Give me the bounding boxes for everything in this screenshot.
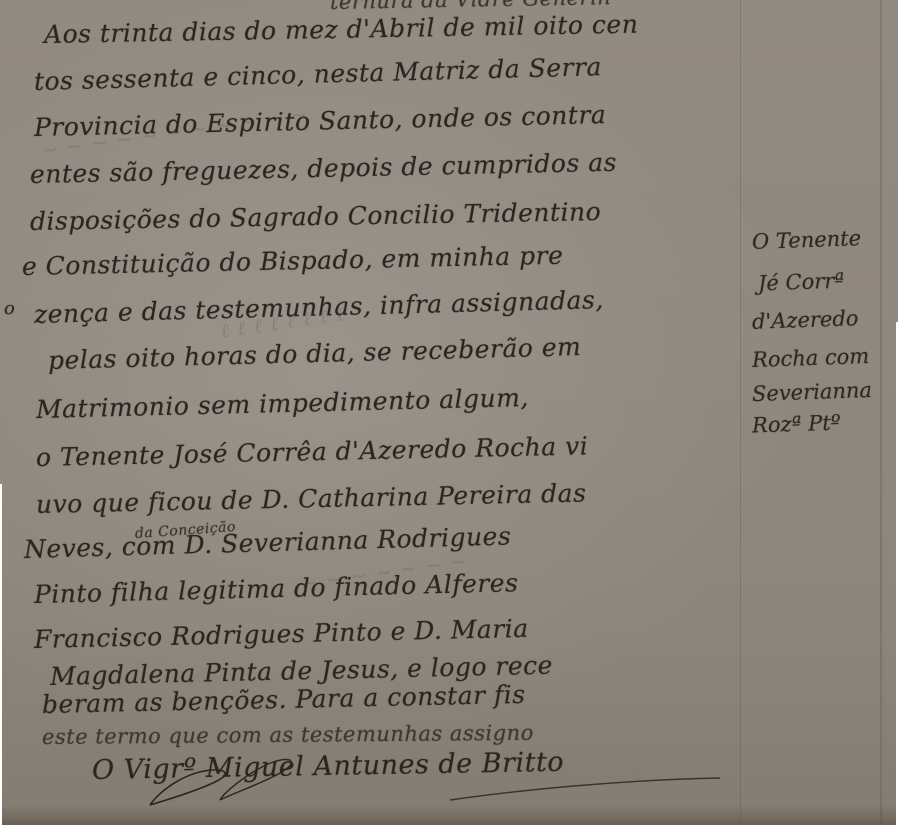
margin-note-line-1: O Tenente: [752, 226, 862, 254]
image-border-gap: [0, 825, 898, 829]
image-border-gap: [0, 484, 2, 829]
manuscript-photo: ~ ~ ~ ~ ~ ~ ~ ~ ~ ~ ~ ℓ ℓ ℓ ℓ ℓ ℓ ℓ ℓ ~ …: [0, 0, 898, 829]
margin-note-line-6: Rozª Ptº: [752, 410, 841, 437]
margin-rule: [740, 0, 741, 829]
margin-note-line-3: d'Azeredo: [752, 306, 859, 334]
page-edge: [880, 0, 883, 829]
margin-note-line-4: Rocha com: [752, 344, 870, 372]
left-margin-mark: o: [4, 298, 15, 319]
page-bottom-edge: [0, 805, 898, 825]
margin-note-line-2: Jé Corrª: [758, 269, 845, 296]
body-line-17: este termo que com as testemunhas assign…: [42, 721, 534, 749]
margin-note-line-5: Severianna: [752, 378, 873, 406]
